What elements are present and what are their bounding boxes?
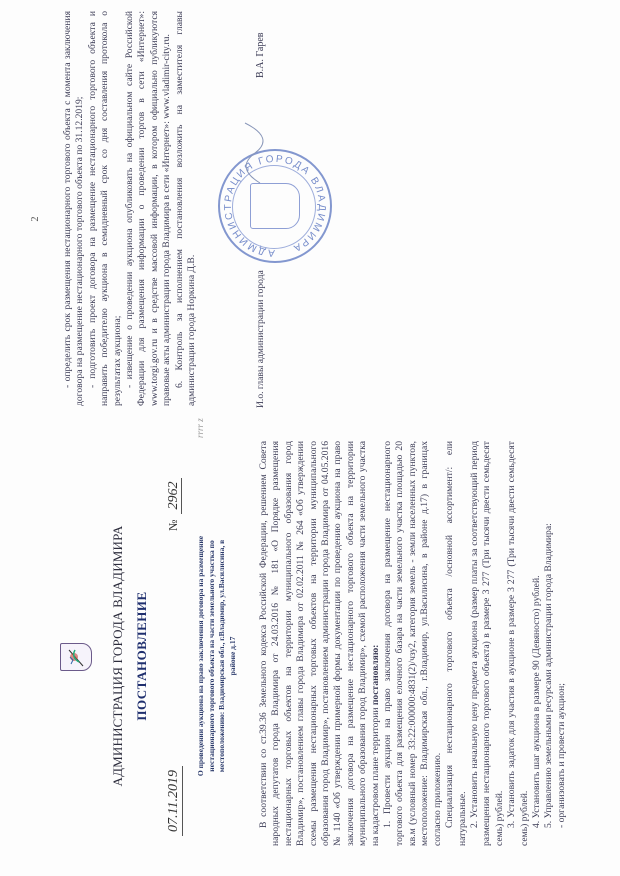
clause-3: 3. Установить задаток для участия в аукц… (506, 441, 531, 846)
page-2-body: - определить срок размещения нестационар… (62, 11, 198, 406)
number-label: № (166, 520, 180, 531)
clause-5-notice: - извещение о проведении аукциона опубли… (124, 11, 174, 406)
clause-5: 5. Управлению земельными ресурсами админ… (543, 441, 555, 846)
clause-4: 4. Установить шаг аукциона в размере 90 … (531, 441, 543, 846)
clause-6: 6. Контроль за исполнением постановления… (174, 11, 199, 406)
page-number: 2 (30, 0, 41, 438)
organization-title: АДМИНИСТРАЦИЯ ГОРОДА ВЛАДИМИРА (110, 436, 126, 876)
number-value: 2962 (166, 478, 182, 514)
rotated-scanned-document: АДМИНИСТРАЦИЯ ГОРОДА ВЛАДИМИРА ПОСТАНОВЛ… (0, 0, 620, 876)
resolve-word: постановляю: (370, 645, 381, 705)
signature-scribble-icon (230, 108, 270, 188)
page-2: 2 - определить срок размещения нестацион… (0, 0, 620, 438)
clause-1: 1. Провести аукцион на право заключения … (382, 441, 444, 846)
clause-5-contract: - подготовить проект договора на размеще… (87, 11, 124, 406)
clause-2: 2. Установить начальную цену предмета ау… (469, 441, 506, 846)
coat-of-arms-icon (60, 643, 92, 671)
document-number: №2962 (166, 478, 182, 531)
preamble-paragraph: В соответствии со ст.39.36 Земельного ко… (258, 441, 382, 846)
document-date: 07.11.2019 (166, 766, 183, 836)
clause-5-term: - определить срок размещения нестационар… (62, 11, 87, 406)
signatory-name: В.А. Гарев (255, 32, 266, 78)
signature-title: И.о. главы администрации города (255, 270, 266, 408)
stamp-emblem-icon (250, 183, 300, 229)
specialization: Специализация нестационарного торгового … (444, 441, 469, 846)
page-1: АДМИНИСТРАЦИЯ ГОРОДА ВЛАДИМИРА ПОСТАНОВЛ… (0, 436, 620, 876)
document-subject: О проведении аукциона на право заключени… (196, 531, 238, 781)
document-type: ПОСТАНОВЛЕНИЕ (134, 436, 150, 876)
clause-5-item: - организовать и провести аукцион; (556, 441, 568, 846)
page-1-body: В соответствии со ст.39.36 Земельного ко… (258, 441, 568, 846)
